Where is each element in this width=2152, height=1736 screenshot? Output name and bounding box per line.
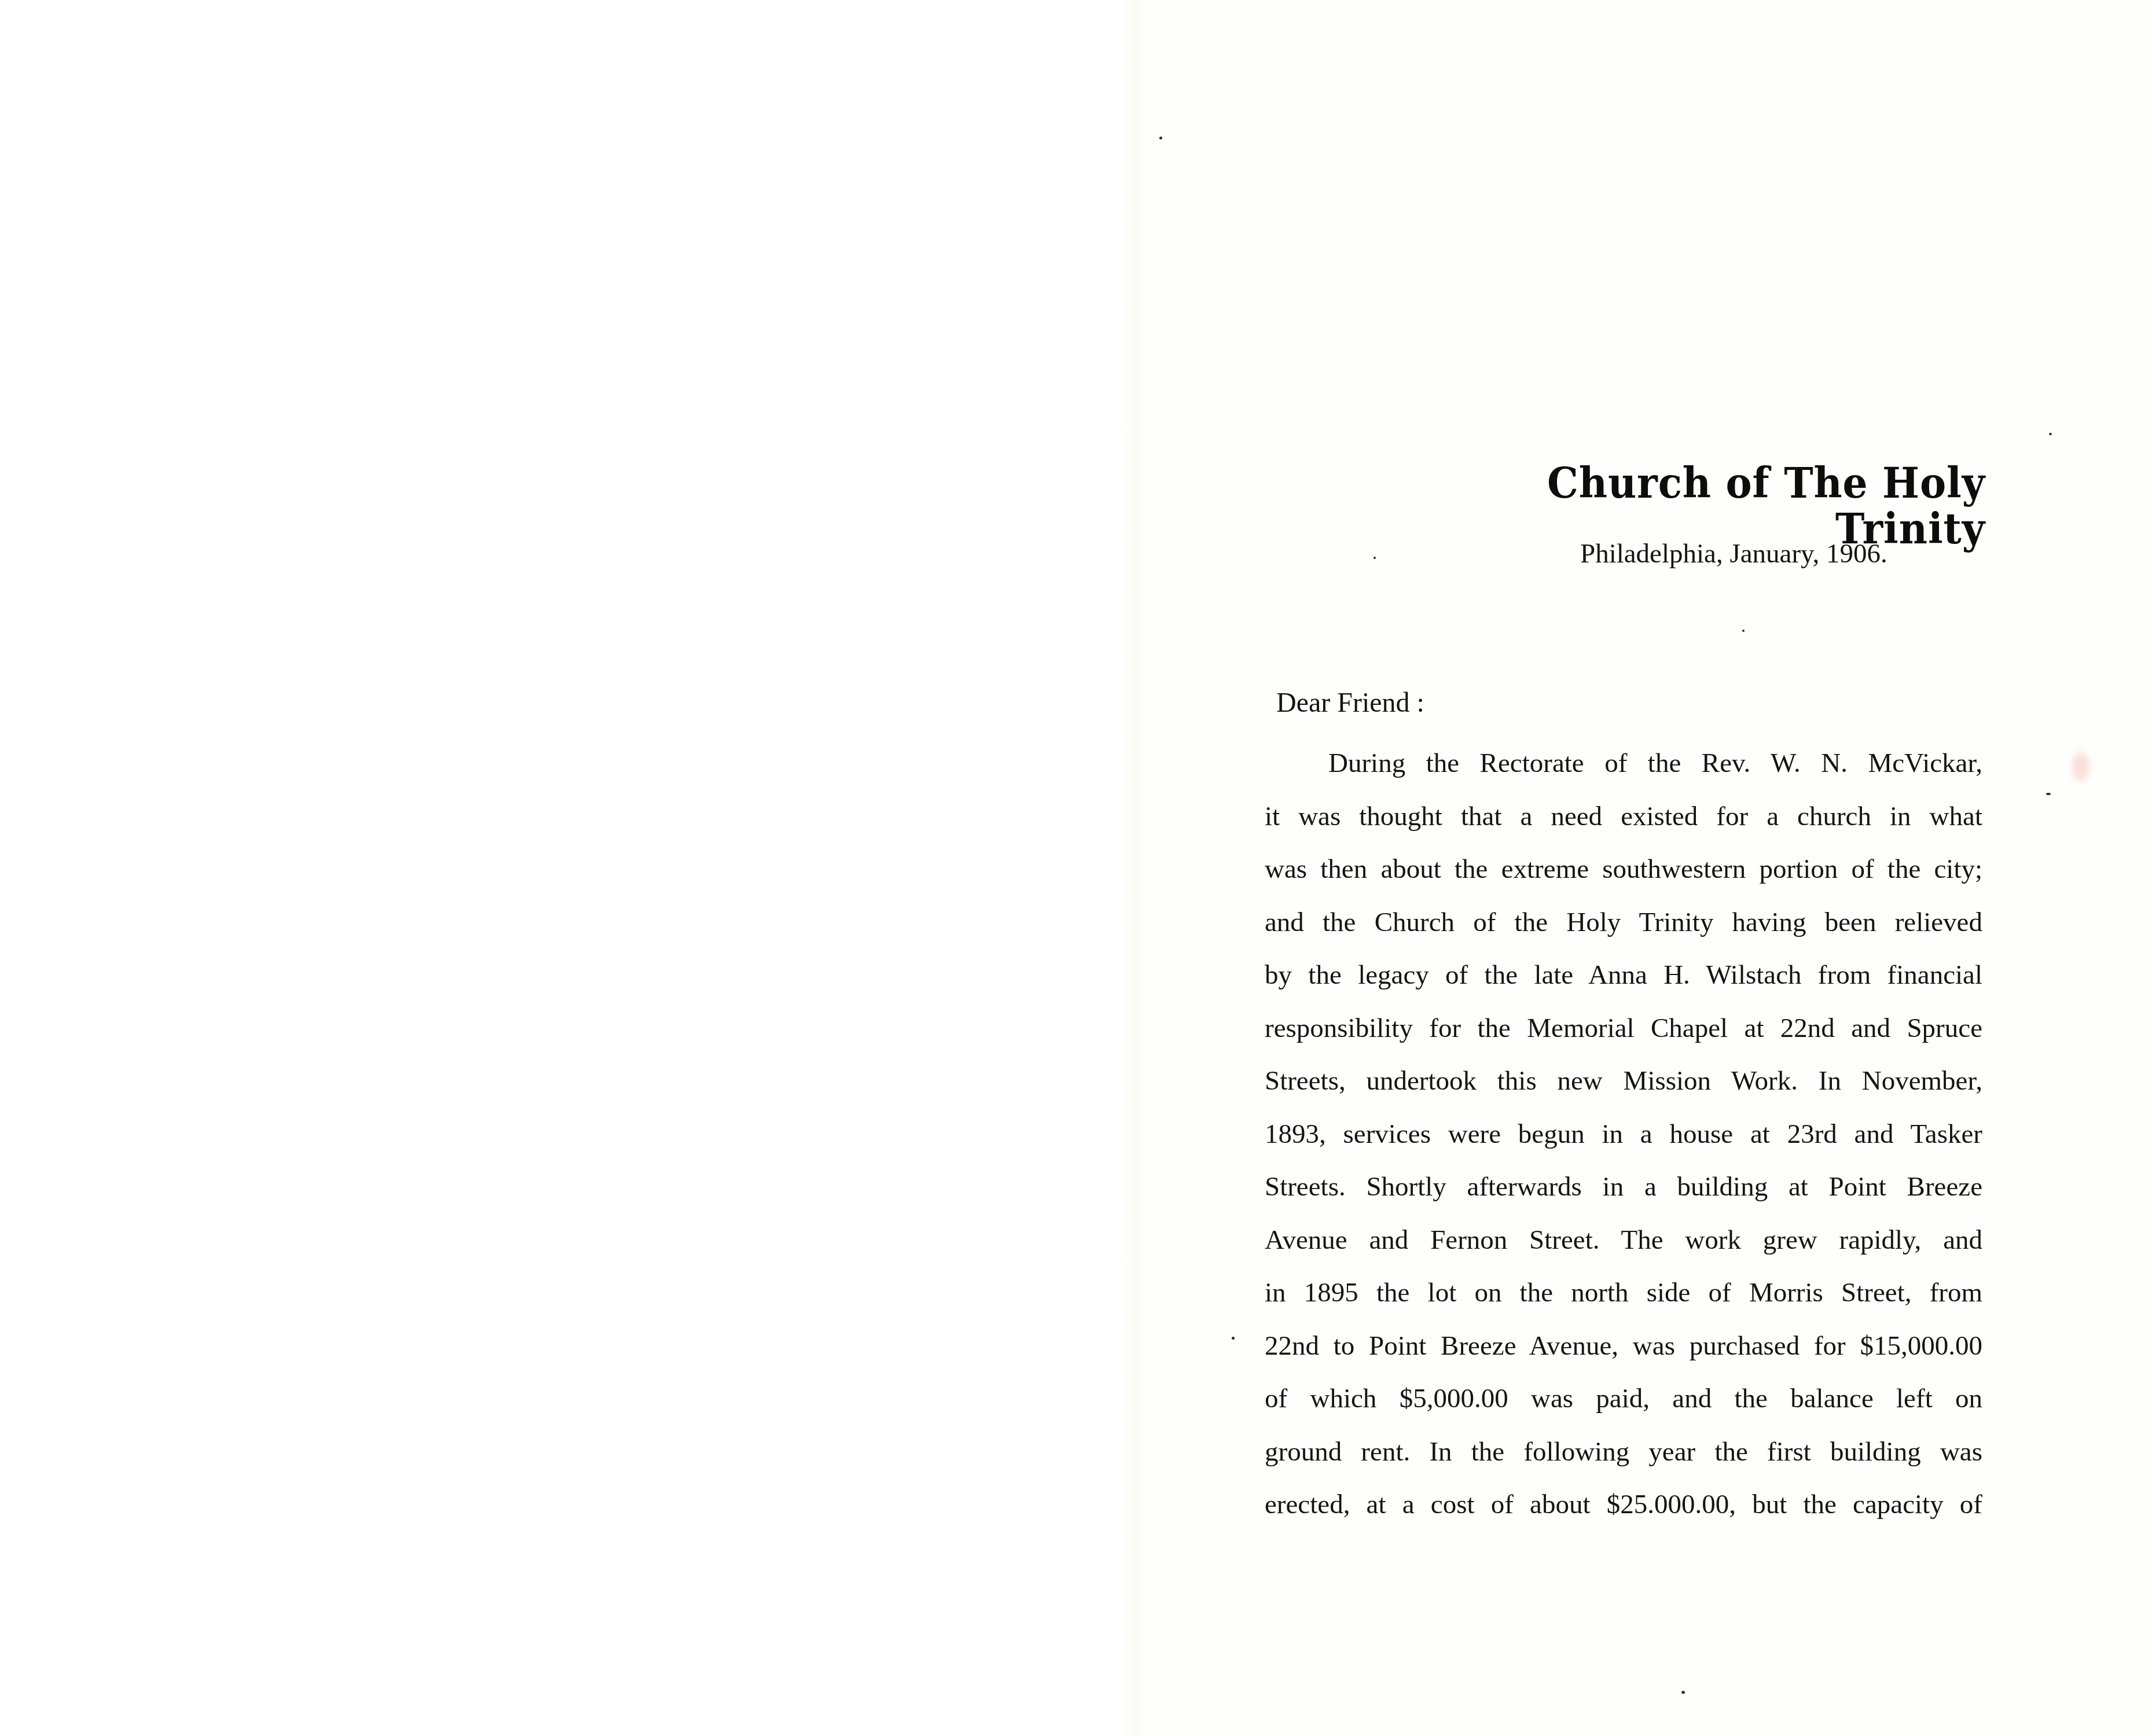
text-line: 22nd to Point Breeze Avenue, was purchas… bbox=[1265, 1320, 1982, 1373]
text-line: Avenue and Fernon Street. The work grew … bbox=[1265, 1214, 1982, 1267]
scan-stain bbox=[2072, 752, 2089, 781]
text-line: 1893, services were begun in a house at … bbox=[1265, 1108, 1982, 1161]
text-line: Streets. Shortly afterwards in a buildin… bbox=[1265, 1161, 1982, 1214]
text-line: Streets, undertook this new Mission Work… bbox=[1265, 1055, 1982, 1108]
left-page-blank bbox=[0, 0, 1129, 1736]
scan-speck bbox=[1374, 557, 1376, 559]
scan-speck bbox=[1232, 1337, 1235, 1340]
text-line: During the Rectorate of the Rev. W. N. M… bbox=[1265, 737, 1982, 790]
page-spread: Church of The Holy Trinity Philadelphia,… bbox=[0, 0, 2152, 1736]
salutation: Dear Friend : bbox=[1276, 686, 1982, 720]
text-line: ground rent. In the following year the f… bbox=[1265, 1426, 1982, 1479]
text-line: by the legacy of the late Anna H. Wilsta… bbox=[1265, 949, 1982, 1002]
page-fold bbox=[1123, 0, 1146, 1736]
scan-speck bbox=[2046, 793, 2051, 795]
text-line: responsibility for the Memorial Chapel a… bbox=[1265, 1002, 1982, 1055]
letter-paragraph: During the Rectorate of the Rev. W. N. M… bbox=[1265, 737, 1982, 1532]
scan-speck bbox=[1742, 630, 1745, 632]
text-line: erected, at a cost of about $25.000.00, … bbox=[1265, 1478, 1982, 1532]
place-date-line: Philadelphia, January, 1906. bbox=[1580, 538, 1887, 569]
text-line: in 1895 the lot on the north side of Mor… bbox=[1265, 1267, 1982, 1320]
scan-speck bbox=[1159, 137, 1162, 139]
scan-speck bbox=[1681, 1691, 1685, 1694]
text-line: and the Church of the Holy Trinity havin… bbox=[1265, 896, 1982, 950]
text-line: it was thought that a need existed for a… bbox=[1265, 790, 1982, 844]
letter-body: Dear Friend : During the Rectorate of th… bbox=[1265, 686, 1982, 1532]
text-line: was then about the extreme southwestern … bbox=[1265, 843, 1982, 896]
text-line: of which $5,000.00 was paid, and the bal… bbox=[1265, 1373, 1982, 1426]
scan-speck bbox=[2049, 433, 2052, 435]
